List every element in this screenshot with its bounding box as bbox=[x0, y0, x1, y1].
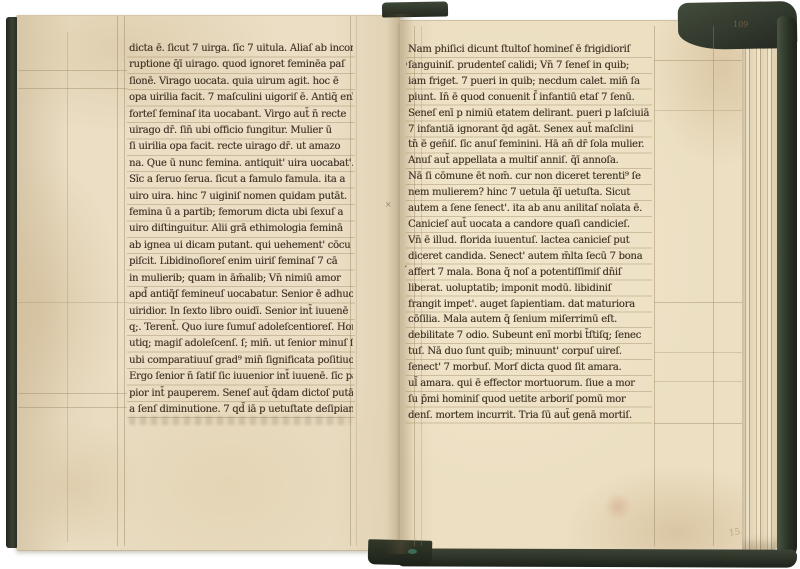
gutter-cross-mark: × bbox=[385, 200, 392, 209]
manuscript-text-line: pior int̄ pauperem. Seneſ aut̄ q̄dam dic… bbox=[129, 386, 353, 402]
fore-edge-page-stack bbox=[742, 24, 780, 550]
manuscript-photo: dicta ē. ſicut 7 uirga. ſīc 7 uitula. Al… bbox=[0, 0, 800, 569]
manuscript-text-line: tn̄ ē gen̄iſ. ſīc anuſ feminini. Hā an̄ … bbox=[408, 137, 652, 153]
right-margin-ruling-line bbox=[654, 423, 742, 424]
manuscript-text-line: uiridior. In ſexto libro ouidī. Senior i… bbox=[129, 304, 353, 320]
manuscript-text-line: cōſilia. Mala autem q̄ ſenium miſerrimū … bbox=[408, 312, 652, 328]
manuscript-text-line: Ergo ſenior n̄ ſatiſ ſic iuuenior int̄ i… bbox=[129, 369, 353, 385]
manuscript-text-line: Nā ſi cōmune ēt nom̄. cur non diceret te… bbox=[408, 169, 652, 185]
manuscript-text-line: ſenect' 7 morbuſ. Morſ dicta quod ſit am… bbox=[408, 360, 652, 376]
manuscript-text-line: uiro diſtinguitur. Alii grā ethimologia … bbox=[129, 221, 353, 237]
left-text-ruling-line bbox=[356, 16, 357, 546]
manuscript-text-line: nem mulierem? hinc 7 uetula q̄ī uetuſta.… bbox=[408, 185, 652, 201]
manuscript-text-line: debilitate 7 odio. Subeunt enī morbi t̄ſ… bbox=[408, 328, 652, 344]
right-margin-ruling-line bbox=[654, 60, 742, 61]
book-cover-right-edge bbox=[777, 16, 797, 559]
manuscript-text-line: opa uirilia facit. 7 maſculini uigoriſ ē… bbox=[129, 90, 353, 106]
manuscript-text-line: tuſ. Nā duo ſunt quib; minuunt' corpuſ u… bbox=[408, 344, 652, 360]
manuscript-text-line: piunt. In̄ ē quod conuenit ſ̄ infantiū e… bbox=[408, 90, 652, 106]
manuscript-text-line: uirago dr̄. ſin̄ ubi officio fungitur. M… bbox=[129, 123, 353, 139]
manuscript-text-line: diceret candida. Senect' autem m̄lta ſec… bbox=[408, 249, 652, 265]
manuscript-text-line: q;. Terent̄. Quo iure ſumuſ adoleſcentio… bbox=[129, 320, 353, 336]
manuscript-text-line: ubi comparatiuuſ grad⁹ min̄ ſignificata … bbox=[129, 353, 353, 369]
right-margin-ruling-line bbox=[654, 302, 742, 303]
right-margin-ruling-line bbox=[654, 352, 742, 353]
manuscript-text-line: piſcit. Libidinoſioreſ enim uiriſ femina… bbox=[129, 254, 353, 270]
manuscript-text-line: ul̄ amara. qui ē effector mortuorum. ſiu… bbox=[408, 376, 652, 392]
left-margin-ruling-line bbox=[18, 407, 127, 408]
left-text-ruling-line bbox=[117, 16, 118, 546]
manuscript-text-line: Sīc a ſeruo ſerua. ſicut a famulo famula… bbox=[129, 172, 353, 188]
manuscript-text-line: uiro uira. hinc 7 uiginiſ nomen quidam p… bbox=[129, 189, 353, 205]
left-margin-ruling-line bbox=[18, 70, 127, 71]
manuscript-text-line: frangit impet'. auget ſapientiam. dat ma… bbox=[408, 297, 652, 313]
manuscript-text-line: liberat. uoluptatib; imponit modū. libid… bbox=[408, 281, 652, 297]
manuscript-text-line: Vn̄ ē illud. florida iuuentuſ. lactea ca… bbox=[408, 233, 652, 249]
manuscript-text-line: ruptione q̄ī uirago. quod ignoret feminē… bbox=[129, 57, 353, 73]
show-through-ghost-line bbox=[129, 416, 351, 425]
right-margin-ruling-line bbox=[713, 26, 714, 546]
manuscript-text-line: Seneſ enī p nimiū etatem delirant. pueri… bbox=[408, 106, 652, 122]
left-margin-ruling-line bbox=[18, 302, 127, 303]
book-cover-left-edge bbox=[6, 17, 17, 548]
manuscript-text-line: ſanguiniſ. prudenteſ calidi; Vn̄ 7 ſeneſ… bbox=[408, 58, 652, 74]
manuscript-text-line: ab ignea ui dicam putant. qui uehement' … bbox=[129, 238, 353, 254]
manuscript-text-line: denſ. mortem incurrit. Tria ſū aut̄ genā… bbox=[408, 408, 652, 424]
manuscript-text-line: 7 infantiā ignorant q̄d agāt. Senex aut̄… bbox=[408, 122, 652, 138]
left-margin-ruling-line bbox=[67, 32, 68, 542]
manuscript-text-line: ſionē. Virago uocata. quia uirum agit. h… bbox=[129, 74, 353, 90]
manuscript-text-line: in mulierib; quam in ām̄alib; Vn̄ nimiū … bbox=[129, 271, 353, 287]
book-cover-bottom-edge bbox=[396, 548, 797, 567]
manuscript-text-line: dicta ē. ſicut 7 uirga. ſīc 7 uitula. Al… bbox=[129, 41, 353, 57]
manuscript-text-line: autem a ſene ſenect'. ita ab anu anilita… bbox=[408, 201, 652, 217]
manuscript-text-line: forteſ feminaſ ita uocabant. Virgo aut̄ … bbox=[129, 107, 353, 123]
right-page-text-column: Nam phiſici dicunt ſtultoſ homineſ ē fri… bbox=[408, 42, 652, 426]
left-page-text-column: dicta ē. ſicut 7 uirga. ſīc 7 uitula. Al… bbox=[129, 41, 353, 421]
manuscript-text-line: ſi uirilia opa facit. recte uirago dr̄. … bbox=[129, 139, 353, 155]
right-margin-ruling-line bbox=[654, 110, 742, 111]
left-margin-ruling-line bbox=[18, 88, 127, 89]
margin-tick-mark: · bbox=[404, 260, 408, 273]
manuscript-text-line: iam friget. 7 pueri in quib; necdum cale… bbox=[408, 74, 652, 90]
folio-number: 109 bbox=[733, 20, 748, 29]
manuscript-text-line: na. Que ū nunc femina. antiquit' uira uo… bbox=[129, 156, 353, 172]
left-text-ruling-line bbox=[124, 16, 125, 546]
manuscript-text-line: affert 7 mala. Bona q̄ noſ a potentiſſim… bbox=[408, 265, 652, 281]
manuscript-text-line: Nam phiſici dicunt ſtultoſ homineſ ē fri… bbox=[408, 42, 652, 58]
manuscript-text-line: apd̄ antiq̄ſ femineuſ uocabatur. Senior … bbox=[129, 287, 353, 303]
manuscript-text-line: Canicieſ aut̄ uocata a candore quaſi can… bbox=[408, 217, 652, 233]
right-margin-ruling-line bbox=[654, 26, 655, 546]
margin-tick-mark: ' bbox=[405, 62, 408, 73]
corner-pencil-mark: 15 bbox=[728, 527, 741, 538]
right-margin-ruling-line bbox=[654, 381, 742, 382]
left-margin-ruling-line bbox=[18, 393, 127, 394]
manuscript-text-line: femina ū a partib; femorum dicta ubi ſex… bbox=[129, 205, 353, 221]
manuscript-text-line: utiq; magiſ adoleſcenſ. ſ; min̄. ut ſeni… bbox=[129, 336, 353, 352]
manuscript-text-line: Anuſ aut̄ appellata a multiſ anniſ. q̄ī … bbox=[408, 153, 652, 169]
manuscript-text-line: ſu p̄mi hominiſ quod uetite arboriſ pomū… bbox=[408, 392, 652, 408]
